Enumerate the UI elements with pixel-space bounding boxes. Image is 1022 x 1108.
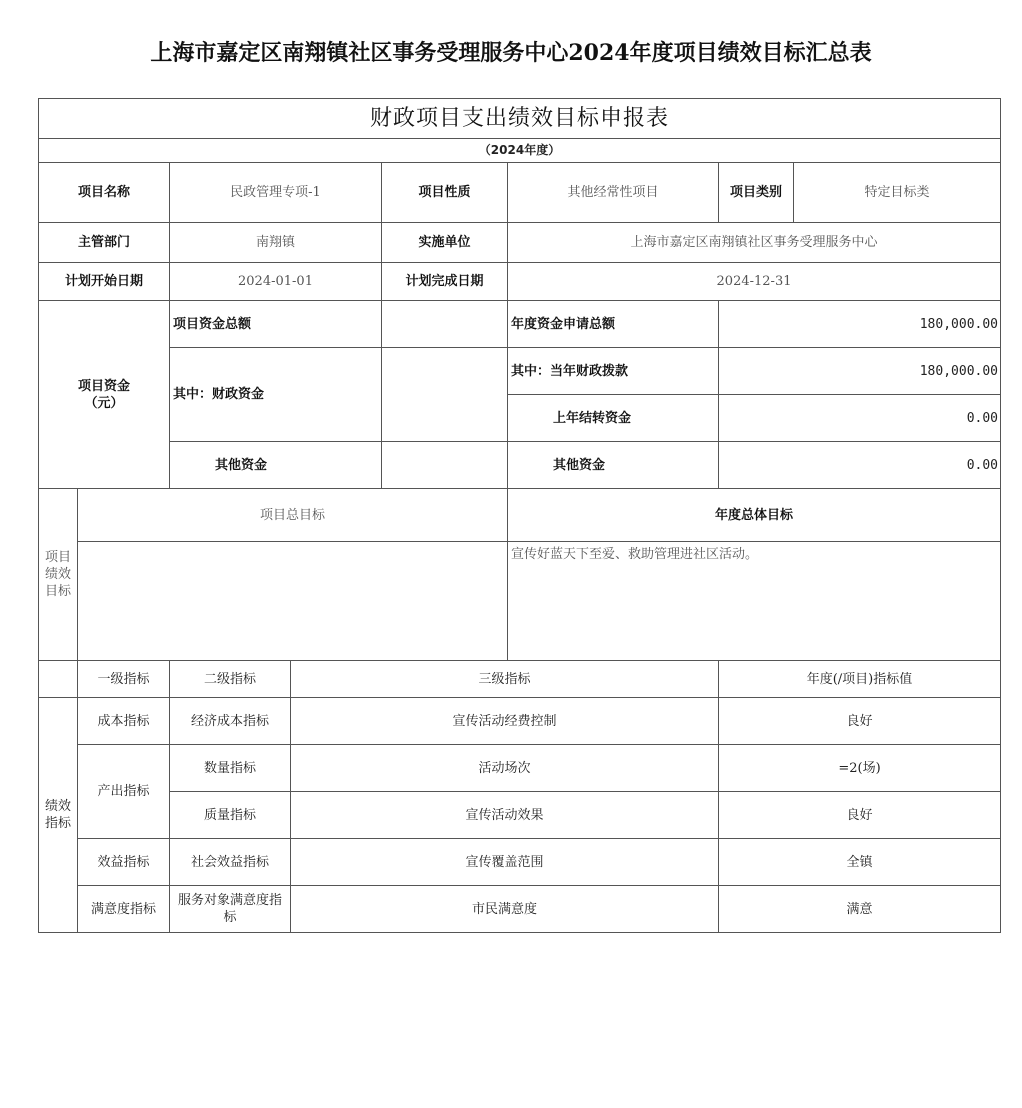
department-label: 主管部门	[39, 223, 170, 263]
other-funds-value	[382, 442, 508, 489]
implementer-value: 上海市嘉定区南翔镇社区事务受理服务中心	[508, 223, 1001, 263]
project-nature-value: 其他经常性项目	[508, 163, 719, 223]
indicator-value: =2(场)	[719, 745, 1001, 792]
annual-total-label: 年度资金申请总额	[508, 301, 719, 348]
project-nature-label: 项目性质	[382, 163, 508, 223]
header-level3: 三级指标	[291, 661, 719, 698]
current-fiscal-label: 其中：当年财政拨款	[508, 348, 719, 395]
performance-target-form: 财政项目支出绩效目标申报表 （2024年度） 项目名称 民政管理专项-1 项目性…	[38, 98, 1001, 933]
project-name-value: 民政管理专项-1	[170, 163, 382, 223]
project-category-value: 特定目标类	[794, 163, 1001, 223]
indicator-level2: 质量指标	[170, 792, 291, 839]
current-fiscal-value: 180,000.00	[719, 348, 1001, 395]
funds-label-line1: 项目资金	[42, 378, 166, 395]
document-title: 上海市嘉定区南翔镇社区事务受理服务中心2024年度项目绩效目标汇总表	[0, 36, 1022, 67]
indicator-level2: 经济成本指标	[170, 698, 291, 745]
indicator-level2: 社会效益指标	[170, 839, 291, 886]
indicator-value: 良好	[719, 698, 1001, 745]
fiscal-funds-value	[382, 348, 508, 442]
indicators-label-line1: 绩效	[39, 798, 77, 815]
annual-other-value: 0.00	[719, 442, 1001, 489]
annual-goal-text: 宣传好蓝天下至爱、救助管理进社区活动。	[508, 542, 1001, 661]
annual-total-value: 180,000.00	[719, 301, 1001, 348]
funds-label-line2: （元）	[42, 395, 166, 412]
indicator-header-blank	[39, 661, 78, 698]
indicator-level3: 市民满意度	[291, 886, 719, 933]
start-date-value: 2024-01-01	[170, 263, 382, 301]
total-funds-value	[382, 301, 508, 348]
indicator-level3: 宣传活动经费控制	[291, 698, 719, 745]
end-date-value: 2024-12-31	[508, 263, 1001, 301]
indicator-level1: 满意度指标	[78, 886, 170, 933]
fiscal-funds-label: 其中：财政资金	[170, 348, 382, 442]
overall-goal-label: 项目总目标	[78, 489, 508, 542]
implementer-label: 实施单位	[382, 223, 508, 263]
carryover-label: 上年结转资金	[508, 395, 719, 442]
indicator-level3: 宣传覆盖范围	[291, 839, 719, 886]
carryover-value: 0.00	[719, 395, 1001, 442]
header-value: 年度(/项目)指标值	[719, 661, 1001, 698]
indicator-level1: 效益指标	[78, 839, 170, 886]
annual-goal-label: 年度总体目标	[508, 489, 1001, 542]
start-date-label: 计划开始日期	[39, 263, 170, 301]
overall-goal-text	[78, 542, 508, 661]
goals-section-label: 项目 绩效 目标	[39, 489, 78, 661]
form-title: 财政项目支出绩效目标申报表	[39, 99, 1001, 139]
indicator-row: 产出指标 数量指标 活动场次 =2(场)	[39, 745, 1001, 792]
indicator-level2: 数量指标	[170, 745, 291, 792]
indicators-label-line2: 指标	[39, 815, 77, 832]
indicator-row: 质量指标 宣传活动效果 良好	[39, 792, 1001, 839]
header-level2: 二级指标	[170, 661, 291, 698]
header-level1: 一级指标	[78, 661, 170, 698]
indicator-level3: 活动场次	[291, 745, 719, 792]
indicator-value: 满意	[719, 886, 1001, 933]
indicator-level3: 宣传活动效果	[291, 792, 719, 839]
project-name-label: 项目名称	[39, 163, 170, 223]
end-date-label: 计划完成日期	[382, 263, 508, 301]
annual-other-label: 其他资金	[508, 442, 719, 489]
indicator-value: 全镇	[719, 839, 1001, 886]
total-funds-label: 项目资金总额	[170, 301, 382, 348]
goals-label-line2: 绩效	[39, 566, 77, 583]
indicator-row: 效益指标 社会效益指标 宣传覆盖范围 全镇	[39, 839, 1001, 886]
other-funds-label: 其他资金	[170, 442, 382, 489]
project-category-label: 项目类别	[719, 163, 794, 223]
funds-section-label: 项目资金 （元）	[39, 301, 170, 489]
goals-label-line3: 目标	[39, 583, 77, 600]
department-value: 南翔镇	[170, 223, 382, 263]
goals-label-line1: 项目	[39, 549, 77, 566]
indicator-level1: 产出指标	[78, 745, 170, 839]
indicator-row: 满意度指标 服务对象满意度指标 市民满意度 满意	[39, 886, 1001, 933]
form-year: （2024年度）	[39, 139, 1001, 163]
indicator-level2: 服务对象满意度指标	[170, 886, 291, 933]
indicators-section-label: 绩效 指标	[39, 698, 78, 933]
indicator-value: 良好	[719, 792, 1001, 839]
indicator-level1: 成本指标	[78, 698, 170, 745]
indicator-row: 绩效 指标 成本指标 经济成本指标 宣传活动经费控制 良好	[39, 698, 1001, 745]
